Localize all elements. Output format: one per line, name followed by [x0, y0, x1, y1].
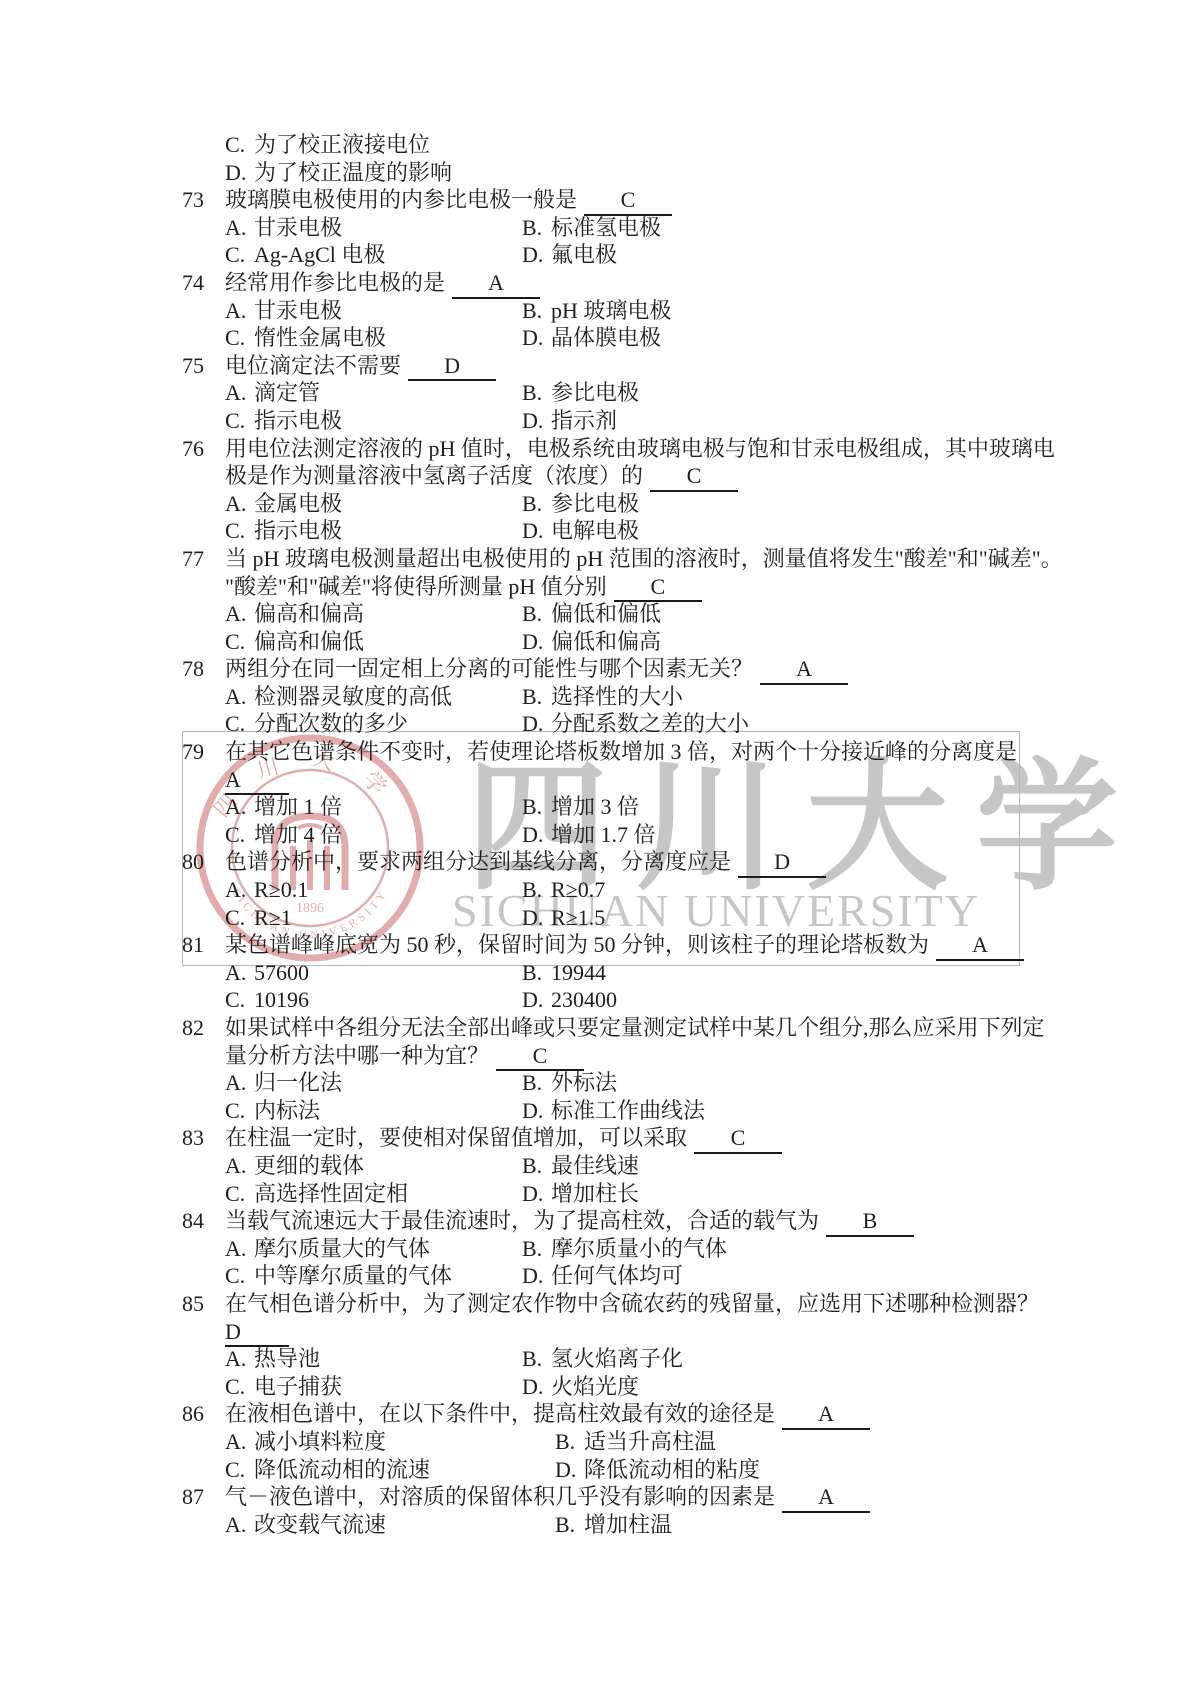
option-label: C. — [225, 1097, 254, 1125]
option-label: D. — [522, 324, 551, 352]
answer-blank: D — [738, 848, 826, 878]
option-text: 230400 — [551, 987, 617, 1012]
option-row: A.滴定管B.参比电极 — [225, 379, 1063, 407]
option-text: 甘汞电极 — [254, 298, 342, 323]
option-label: C. — [225, 241, 254, 269]
option-cell: D.230400 — [522, 986, 617, 1014]
option-label: D. — [522, 1180, 551, 1208]
question-row: D — [182, 1318, 1063, 1346]
option-row: C.降低流动相的流速D.降低流动相的粘度 — [225, 1456, 1063, 1484]
option-text: 10196 — [254, 987, 309, 1012]
option-text: 指示电极 — [254, 408, 342, 433]
option-cell: D.为了校正温度的影响 — [225, 159, 522, 187]
option-text: 偏低和偏高 — [551, 629, 661, 654]
option-text: 分配系数之差的大小 — [551, 711, 749, 736]
option-row: C.R≥1D.R≥1.5 — [225, 904, 1063, 932]
option-label: B. — [522, 1069, 551, 1097]
option-row: A.更细的载体B.最佳线速 — [225, 1152, 1063, 1180]
option-label: D. — [522, 628, 551, 656]
option-text: 57600 — [254, 960, 309, 985]
question-row: 量分析方法中哪一种为宜？C — [182, 1042, 1063, 1070]
option-label: C. — [225, 1456, 254, 1484]
answer-blank: C — [496, 1042, 584, 1072]
option-text: 指示电极 — [254, 518, 342, 543]
option-text: 甘汞电极 — [254, 215, 342, 240]
option-cell: B.选择性的大小 — [522, 683, 683, 711]
option-row: A.57600B.19944 — [225, 959, 1063, 987]
option-label: B. — [522, 297, 551, 325]
question-stem: 量分析方法中哪一种为宜？C — [225, 1042, 584, 1072]
option-text: 分配次数的多少 — [254, 711, 408, 736]
option-cell: D.指示剂 — [522, 407, 617, 435]
option-cell: C.惰性金属电极 — [225, 324, 522, 352]
question-row: 73玻璃膜电极使用的内参比电极一般是C — [182, 186, 1063, 214]
option-row: A.改变载气流速B.增加柱温 — [225, 1511, 1063, 1539]
option-label: B. — [522, 1235, 551, 1263]
option-label: A. — [225, 876, 254, 904]
option-cell: A.57600 — [225, 959, 522, 987]
option-text: 适当升高柱温 — [584, 1429, 716, 1454]
option-text: 偏低和偏低 — [551, 601, 661, 626]
question-stem: 用电位法测定溶液的 pH 值时，电极系统由玻璃电极与饱和甘汞电极组成，其中玻璃电 — [225, 435, 1055, 463]
option-text: 外标法 — [551, 1070, 617, 1095]
question-stem: 在液相色谱中，在以下条件中，提高柱效最有效的途径是A — [225, 1400, 870, 1430]
answer-blank: A — [225, 766, 289, 796]
option-cell: B.氢火焰离子化 — [522, 1345, 683, 1373]
stem-text: 经常用作参比电极的是 — [225, 270, 445, 295]
option-label: C. — [225, 1262, 254, 1290]
option-label: B. — [522, 214, 551, 242]
option-text: 摩尔质量大的气体 — [254, 1236, 430, 1261]
option-label: D. — [522, 241, 551, 269]
stem-text: 如果试样中各组分无法全部出峰或只要定量测定试样中某几个组分,那么应采用下列定 — [225, 1015, 1045, 1040]
option-label: D. — [522, 1262, 551, 1290]
option-text: 增加柱长 — [551, 1181, 639, 1206]
option-row: C.为了校正液接电位 — [225, 131, 1063, 159]
option-cell: C.R≥1 — [225, 904, 522, 932]
question-stem: 气－液色谱中，对溶质的保留体积几乎没有影响的因素是A — [225, 1483, 870, 1513]
option-label: B. — [522, 379, 551, 407]
option-label: A. — [225, 1235, 254, 1263]
option-label: A. — [225, 1345, 254, 1373]
question-stem: A — [225, 766, 289, 796]
option-cell: C.中等摩尔质量的气体 — [225, 1262, 522, 1290]
option-row: C.内标法D.标准工作曲线法 — [225, 1097, 1063, 1125]
question-number: 87 — [182, 1483, 225, 1511]
question-row: 75电位滴定法不需要D — [182, 352, 1063, 380]
option-text: 19944 — [551, 960, 606, 985]
option-label: D. — [522, 407, 551, 435]
stem-text: 在其它色谱条件不变时，若使理论塔板数增加 3 倍，对两个十分接近峰的分离度是 — [225, 739, 1017, 764]
option-row: C.电子捕获D.火焰光度 — [225, 1373, 1063, 1401]
option-cell: A.热导池 — [225, 1345, 522, 1373]
option-cell: C.降低流动相的流速 — [225, 1456, 555, 1484]
option-text: pH 玻璃电极 — [551, 298, 671, 323]
option-label: C. — [225, 324, 254, 352]
option-label: B. — [522, 490, 551, 518]
option-text: 标准工作曲线法 — [551, 1098, 705, 1123]
option-cell: B.参比电极 — [522, 490, 639, 518]
question-stem: 如果试样中各组分无法全部出峰或只要定量测定试样中某几个组分,那么应采用下列定 — [225, 1014, 1045, 1042]
option-text: 高选择性固定相 — [254, 1181, 408, 1206]
option-label: B. — [522, 793, 551, 821]
question-row: 77当 pH 玻璃电极测量超出电极使用的 pH 范围的溶液时，测量值将发生"酸差… — [182, 545, 1063, 573]
option-cell: D.晶体膜电极 — [522, 324, 661, 352]
question-row: 78两组分在同一固定相上分离的可能性与哪个因素无关？A — [182, 655, 1063, 683]
option-row: A.偏高和偏高B.偏低和偏低 — [225, 600, 1063, 628]
option-cell: B.标准氢电极 — [522, 214, 661, 242]
option-text: 归一化法 — [254, 1070, 342, 1095]
option-text: R≥0.1 — [254, 877, 308, 902]
question-row: 84当载气流速远大于最佳流速时，为了提高柱效，合适的载气为B — [182, 1207, 1063, 1235]
option-label: C. — [225, 628, 254, 656]
option-cell: D.降低流动相的粘度 — [555, 1456, 760, 1484]
question-stem: 当 pH 玻璃电极测量超出电极使用的 pH 范围的溶液时，测量值将发生"酸差"和… — [225, 545, 1063, 573]
option-label: B. — [522, 683, 551, 711]
answer-blank: D — [408, 352, 496, 382]
option-text: Ag-AgCl 电极 — [254, 242, 385, 267]
option-label: D. — [522, 821, 551, 849]
question-number: 79 — [182, 738, 225, 766]
stem-text: 两组分在同一固定相上分离的可能性与哪个因素无关？ — [225, 656, 753, 681]
option-cell: B.19944 — [522, 959, 606, 987]
option-text: 为了校正温度的影响 — [254, 160, 452, 185]
option-cell: D.增加柱长 — [522, 1180, 639, 1208]
question-stem: 在其它色谱条件不变时，若使理论塔板数增加 3 倍，对两个十分接近峰的分离度是 — [225, 738, 1017, 766]
option-row: C.偏高和偏低D.偏低和偏高 — [225, 628, 1063, 656]
question-row: 82如果试样中各组分无法全部出峰或只要定量测定试样中某几个组分,那么应采用下列定 — [182, 1014, 1063, 1042]
option-text: 偏高和偏低 — [254, 629, 364, 654]
question-number: 85 — [182, 1290, 225, 1318]
option-row: A.甘汞电极B.标准氢电极 — [225, 214, 1063, 242]
option-label: A. — [225, 1152, 254, 1180]
option-label: D. — [225, 159, 254, 187]
option-cell: B.增加柱温 — [555, 1511, 672, 1539]
option-label: C. — [225, 986, 254, 1014]
answer-blank: C — [614, 573, 702, 603]
question-row: 87气－液色谱中，对溶质的保留体积几乎没有影响的因素是A — [182, 1483, 1063, 1511]
option-cell: C.分配次数的多少 — [225, 710, 522, 738]
option-text: 任何气体均可 — [551, 1263, 683, 1288]
option-label: D. — [555, 1456, 584, 1484]
option-label: A. — [225, 683, 254, 711]
option-label: D. — [522, 1373, 551, 1401]
option-row: A.减小填料粒度B.适当升高柱温 — [225, 1428, 1063, 1456]
question-stem: 极是作为测量溶液中氢离子活度（浓度）的C — [225, 462, 738, 492]
option-text: 标准氢电极 — [551, 215, 661, 240]
question-number: 86 — [182, 1400, 225, 1428]
option-cell: B.适当升高柱温 — [555, 1428, 716, 1456]
option-cell: C.增加 4 倍 — [225, 821, 522, 849]
option-cell: A.检测器灵敏度的高低 — [225, 683, 522, 711]
option-cell: A.减小填料粒度 — [225, 1428, 555, 1456]
question-number: 81 — [182, 931, 225, 959]
question-stem: 两组分在同一固定相上分离的可能性与哪个因素无关？A — [225, 655, 848, 685]
answer-blank: C — [694, 1124, 782, 1154]
stem-text: 玻璃膜电极使用的内参比电极一般是 — [225, 187, 577, 212]
answer-blank: C — [584, 186, 672, 216]
option-text: 改变载气流速 — [254, 1512, 386, 1537]
option-row: A.R≥0.1B.R≥0.7 — [225, 876, 1063, 904]
option-cell: A.金属电极 — [225, 490, 522, 518]
option-row: C.分配次数的多少D.分配系数之差的大小 — [225, 710, 1063, 738]
question-stem: 经常用作参比电极的是A — [225, 269, 540, 299]
option-row: C.惰性金属电极D.晶体膜电极 — [225, 324, 1063, 352]
option-cell: D.分配系数之差的大小 — [522, 710, 749, 738]
option-cell: D.标准工作曲线法 — [522, 1097, 705, 1125]
option-cell: C.为了校正液接电位 — [225, 131, 522, 159]
option-cell: A.偏高和偏高 — [225, 600, 522, 628]
option-row: A.检测器灵敏度的高低B.选择性的大小 — [225, 683, 1063, 711]
option-label: A. — [225, 379, 254, 407]
question-row: 83在柱温一定时，要使相对保留值增加，可以采取C — [182, 1124, 1063, 1152]
option-cell: C.高选择性固定相 — [225, 1180, 522, 1208]
option-text: 中等摩尔质量的气体 — [254, 1263, 452, 1288]
option-cell: B.参比电极 — [522, 379, 639, 407]
stem-text: 在液相色谱中，在以下条件中，提高柱效最有效的途径是 — [225, 1401, 775, 1426]
option-text: 电解电极 — [551, 518, 639, 543]
answer-blank: A — [782, 1483, 870, 1513]
option-text: 惰性金属电极 — [254, 325, 386, 350]
option-row: C.指示电极D.指示剂 — [225, 407, 1063, 435]
question-row: 86在液相色谱中，在以下条件中，提高柱效最有效的途径是A — [182, 1400, 1063, 1428]
option-text: 更细的载体 — [254, 1153, 364, 1178]
option-label: B. — [522, 1152, 551, 1180]
option-label: D. — [522, 904, 551, 932]
option-text: R≥1.5 — [551, 905, 605, 930]
question-list: C.为了校正液接电位D.为了校正温度的影响73玻璃膜电极使用的内参比电极一般是C… — [182, 131, 1063, 1538]
question-stem: D — [225, 1318, 289, 1348]
option-cell: D.增加 1.7 倍 — [522, 821, 656, 849]
option-cell: A.更细的载体 — [225, 1152, 522, 1180]
option-row: D.为了校正温度的影响 — [225, 159, 1063, 187]
option-text: 为了校正液接电位 — [254, 132, 430, 157]
question-stem: 电位滴定法不需要D — [225, 352, 496, 382]
option-cell: B.增加 3 倍 — [522, 793, 639, 821]
option-text: 摩尔质量小的气体 — [551, 1236, 727, 1261]
question-stem: 色谱分析中，要求两组分达到基线分离，分离度应是D — [225, 848, 826, 878]
option-label: D. — [522, 986, 551, 1014]
question-row: "酸差"和"碱差"将使得所测量 pH 值分别C — [182, 573, 1063, 601]
question-row: 74经常用作参比电极的是A — [182, 269, 1063, 297]
option-text: 火焰光度 — [551, 1374, 639, 1399]
option-label: B. — [522, 1345, 551, 1373]
option-text: 参比电极 — [551, 380, 639, 405]
option-label: C. — [225, 131, 254, 159]
option-row: A.金属电极B.参比电极 — [225, 490, 1063, 518]
option-text: 增加 1.7 倍 — [551, 822, 656, 847]
option-label: B. — [522, 876, 551, 904]
answer-blank: A — [782, 1400, 870, 1430]
option-label: C. — [225, 1180, 254, 1208]
option-row: A.甘汞电极B.pH 玻璃电极 — [225, 297, 1063, 325]
option-text: 检测器灵敏度的高低 — [254, 684, 452, 709]
stem-text: 当 pH 玻璃电极测量超出电极使用的 pH 范围的溶液时，测量值将发生"酸差"和… — [225, 546, 1063, 571]
option-label: A. — [225, 214, 254, 242]
option-label: A. — [225, 297, 254, 325]
question-stem: 某色谱峰峰底宽为 50 秒，保留时间为 50 分钟，则该柱子的理论塔板数为A — [225, 931, 1024, 961]
option-text: 电子捕获 — [254, 1374, 342, 1399]
option-cell: A.滴定管 — [225, 379, 522, 407]
option-label: C. — [225, 407, 254, 435]
option-text: R≥0.7 — [551, 877, 605, 902]
stem-text: 在气相色谱分析中，为了测定农作物中含硫农药的残留量，应选用下述哪种检测器？ — [225, 1291, 1039, 1316]
question-number: 75 — [182, 352, 225, 380]
question-row: 79在其它色谱条件不变时，若使理论塔板数增加 3 倍，对两个十分接近峰的分离度是 — [182, 738, 1063, 766]
answer-blank: B — [826, 1207, 914, 1237]
option-text: 氢火焰离子化 — [551, 1346, 683, 1371]
question-stem: 在气相色谱分析中，为了测定农作物中含硫农药的残留量，应选用下述哪种检测器？ — [225, 1290, 1039, 1318]
option-label: A. — [225, 793, 254, 821]
option-text: 晶体膜电极 — [551, 325, 661, 350]
option-label: A. — [225, 1428, 254, 1456]
option-label: A. — [225, 959, 254, 987]
option-cell: C.指示电极 — [225, 407, 522, 435]
option-cell: A.R≥0.1 — [225, 876, 522, 904]
answer-blank: C — [650, 462, 738, 492]
answer-blank: D — [225, 1318, 289, 1348]
option-label: B. — [522, 600, 551, 628]
option-cell: D.电解电极 — [522, 517, 639, 545]
answer-blank: A — [936, 931, 1024, 961]
option-label: D. — [522, 1097, 551, 1125]
option-text: 减小填料粒度 — [254, 1429, 386, 1454]
stem-text: 色谱分析中，要求两组分达到基线分离，分离度应是 — [225, 849, 731, 874]
option-cell: A.增加 1 倍 — [225, 793, 522, 821]
option-cell: D.任何气体均可 — [522, 1262, 683, 1290]
answer-blank: A — [760, 655, 848, 685]
option-cell: A.归一化法 — [225, 1069, 522, 1097]
question-row: 76用电位法测定溶液的 pH 值时，电极系统由玻璃电极与饱和甘汞电极组成，其中玻… — [182, 435, 1063, 463]
option-row: C.Ag-AgCl 电极D.氟电极 — [225, 241, 1063, 269]
option-label: D. — [522, 517, 551, 545]
option-cell: C.10196 — [225, 986, 522, 1014]
option-label: B. — [555, 1511, 584, 1539]
option-cell: D.R≥1.5 — [522, 904, 605, 932]
option-cell: B.偏低和偏低 — [522, 600, 661, 628]
option-cell: A.甘汞电极 — [225, 297, 522, 325]
option-text: 增加 3 倍 — [551, 794, 639, 819]
option-label: C. — [225, 710, 254, 738]
option-cell: B.最佳线速 — [522, 1152, 639, 1180]
option-text: 参比电极 — [551, 491, 639, 516]
stem-text: 气－液色谱中，对溶质的保留体积几乎没有影响的因素是 — [225, 1484, 775, 1509]
question-number: 73 — [182, 186, 225, 214]
option-text: 增加柱温 — [584, 1512, 672, 1537]
stem-text: 某色谱峰峰底宽为 50 秒，保留时间为 50 分钟，则该柱子的理论塔板数为 — [225, 932, 929, 957]
option-row: A.热导池B.氢火焰离子化 — [225, 1345, 1063, 1373]
question-stem: 玻璃膜电极使用的内参比电极一般是C — [225, 186, 672, 216]
option-label: B. — [555, 1428, 584, 1456]
question-number: 77 — [182, 545, 225, 573]
stem-text: 电位滴定法不需要 — [225, 353, 401, 378]
option-cell: A.改变载气流速 — [225, 1511, 555, 1539]
question-number: 80 — [182, 848, 225, 876]
option-cell: B.pH 玻璃电极 — [522, 297, 671, 325]
stem-text: 用电位法测定溶液的 pH 值时，电极系统由玻璃电极与饱和甘汞电极组成，其中玻璃电 — [225, 436, 1055, 461]
option-row: C.指示电极D.电解电极 — [225, 517, 1063, 545]
option-text: 选择性的大小 — [551, 684, 683, 709]
option-text: 增加 1 倍 — [254, 794, 342, 819]
option-text: 内标法 — [254, 1098, 320, 1123]
option-label: C. — [225, 1373, 254, 1401]
option-label: D. — [522, 710, 551, 738]
question-stem: 在柱温一定时，要使相对保留值增加，可以采取C — [225, 1124, 782, 1154]
option-label: A. — [225, 1069, 254, 1097]
stem-text: 量分析方法中哪一种为宜？ — [225, 1043, 489, 1068]
option-cell: B.R≥0.7 — [522, 876, 605, 904]
question-number: 84 — [182, 1207, 225, 1235]
option-label: B. — [522, 959, 551, 987]
question-row: 80色谱分析中，要求两组分达到基线分离，分离度应是D — [182, 848, 1063, 876]
question-number: 82 — [182, 1014, 225, 1042]
option-cell: C.Ag-AgCl 电极 — [225, 241, 522, 269]
option-text: 偏高和偏高 — [254, 601, 364, 626]
option-label: A. — [225, 600, 254, 628]
option-row: A.归一化法B.外标法 — [225, 1069, 1063, 1097]
question-stem: 当载气流速远大于最佳流速时，为了提高柱效，合适的载气为B — [225, 1207, 914, 1237]
option-text: R≥1 — [254, 905, 292, 930]
stem-text: 在柱温一定时，要使相对保留值增加，可以采取 — [225, 1125, 687, 1150]
option-cell: B.外标法 — [522, 1069, 617, 1097]
option-label: A. — [225, 1511, 254, 1539]
stem-text: "酸差"和"碱差"将使得所测量 pH 值分别 — [225, 574, 607, 599]
option-text: 金属电极 — [254, 491, 342, 516]
option-row: A.增加 1 倍B.增加 3 倍 — [225, 793, 1063, 821]
question-stem: "酸差"和"碱差"将使得所测量 pH 值分别C — [225, 573, 702, 603]
option-label: C. — [225, 517, 254, 545]
option-cell: A.摩尔质量大的气体 — [225, 1235, 522, 1263]
option-row: C.增加 4 倍D.增加 1.7 倍 — [225, 821, 1063, 849]
question-number: 83 — [182, 1124, 225, 1152]
option-cell: D.火焰光度 — [522, 1373, 639, 1401]
option-cell: C.偏高和偏低 — [225, 628, 522, 656]
option-cell: A.甘汞电极 — [225, 214, 522, 242]
option-row: C.高选择性固定相D.增加柱长 — [225, 1180, 1063, 1208]
option-cell: B.摩尔质量小的气体 — [522, 1235, 727, 1263]
question-number: 78 — [182, 655, 225, 683]
option-text: 氟电极 — [551, 242, 617, 267]
option-text: 降低流动相的粘度 — [584, 1457, 760, 1482]
option-text: 最佳线速 — [551, 1153, 639, 1178]
option-text: 降低流动相的流速 — [254, 1457, 430, 1482]
question-row: 81某色谱峰峰底宽为 50 秒，保留时间为 50 分钟，则该柱子的理论塔板数为A — [182, 931, 1063, 959]
option-text: 热导池 — [254, 1346, 320, 1371]
question-row: 极是作为测量溶液中氢离子活度（浓度）的C — [182, 462, 1063, 490]
option-text: 指示剂 — [551, 408, 617, 433]
option-row: C.中等摩尔质量的气体D.任何气体均可 — [225, 1262, 1063, 1290]
option-row: C.10196D.230400 — [225, 986, 1063, 1014]
option-row: A.摩尔质量大的气体B.摩尔质量小的气体 — [225, 1235, 1063, 1263]
option-text: 增加 4 倍 — [254, 822, 342, 847]
option-label: C. — [225, 821, 254, 849]
option-label: A. — [225, 490, 254, 518]
option-cell: C.内标法 — [225, 1097, 522, 1125]
stem-text: 极是作为测量溶液中氢离子活度（浓度）的 — [225, 463, 643, 488]
question-number: 76 — [182, 435, 225, 463]
exam-page: 四川大学 SICHUAN UNIVERSITY 四川大学 SICHUAN UNI… — [0, 0, 1200, 1697]
option-cell: D.氟电极 — [522, 241, 617, 269]
stem-text: 当载气流速远大于最佳流速时，为了提高柱效，合适的载气为 — [225, 1208, 819, 1233]
option-cell: C.电子捕获 — [225, 1373, 522, 1401]
option-text: 滴定管 — [254, 380, 320, 405]
option-cell: D.偏低和偏高 — [522, 628, 661, 656]
option-cell: C.指示电极 — [225, 517, 522, 545]
option-label: C. — [225, 904, 254, 932]
question-row: 85在气相色谱分析中，为了测定农作物中含硫农药的残留量，应选用下述哪种检测器？ — [182, 1290, 1063, 1318]
answer-blank: A — [452, 269, 540, 299]
question-row: A — [182, 766, 1063, 794]
